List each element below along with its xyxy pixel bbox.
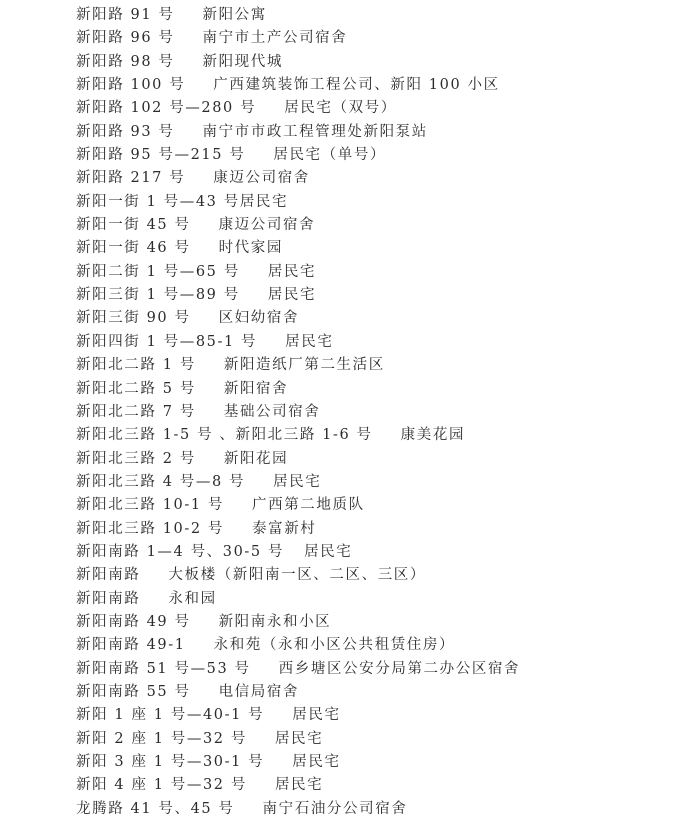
address-entry: 新阳南路 55 号电信局宿舍 (76, 681, 520, 704)
entry-place: 居民宅 (292, 704, 340, 727)
entry-place: 居民宅 (268, 261, 316, 284)
address-entry: 新阳南路大板楼（新阳南一区、二区、三区） (76, 564, 520, 587)
address-entry: 新阳一街 46 号时代家园 (76, 237, 520, 260)
entry-address: 新阳北三路 2 号 (76, 448, 196, 471)
entry-place: 广西建筑装饰工程公司、新阳 100 小区 (213, 74, 499, 97)
entry-place: 居民宅 (240, 191, 288, 214)
entry-place: 基础公司宿舍 (224, 401, 321, 424)
entry-place: 大板楼（新阳南一区、二区、三区） (168, 564, 426, 587)
entry-address: 新阳北二路 1 号 (76, 354, 196, 377)
entry-place: 永和苑（永和小区公共租赁住房） (214, 634, 456, 657)
entry-address: 新阳一街 46 号 (76, 237, 191, 260)
entry-place: 新阳花园 (224, 448, 288, 471)
entry-address: 新阳路 96 号 (76, 27, 174, 50)
entry-place: 区妇幼宿舍 (219, 307, 300, 330)
entry-place: 康迈公司宿舍 (213, 167, 310, 190)
address-entry: 新阳一街 1 号—43 号居民宅 (76, 191, 520, 214)
entry-place: 居民宅 (292, 751, 340, 774)
address-entry: 新阳二街 1 号—65 号居民宅 (76, 261, 520, 284)
entry-place: 泰富新村 (252, 518, 316, 541)
address-entry: 新阳北三路 2 号新阳花园 (76, 448, 520, 471)
address-entry: 新阳三街 90 号区妇幼宿舍 (76, 307, 520, 330)
address-entry: 新阳南路 51 号—53 号西乡塘区公安分局第二办公区宿舍 (76, 658, 520, 681)
entry-address: 新阳路 93 号 (76, 121, 174, 144)
entry-address: 新阳北三路 10-2 号 (76, 518, 224, 541)
address-entry: 新阳南路 1—4 号、30-5 号居民宅 (76, 541, 520, 564)
entry-place: 居民宅 (285, 331, 333, 354)
address-entry: 新阳 1 座 1 号—40-1 号居民宅 (76, 704, 520, 727)
address-entry: 新阳北二路 5 号新阳宿舍 (76, 378, 520, 401)
entry-address: 龙腾路 41 号、45 号 (76, 798, 235, 821)
entry-place: 康美花园 (401, 424, 465, 447)
entry-address: 新阳路 91 号 (76, 4, 174, 27)
entry-address: 新阳三街 90 号 (76, 307, 191, 330)
address-entry: 新阳 2 座 1 号—32 号居民宅 (76, 728, 520, 751)
address-entry: 新阳北三路 4 号—8 号居民宅 (76, 471, 520, 494)
entry-address: 新阳一街 1 号—43 号 (76, 191, 240, 214)
address-entry: 新阳路 93 号南宁市市政工程管理处新阳泵站 (76, 121, 520, 144)
entry-address: 新阳路 217 号 (76, 167, 185, 190)
address-entry: 新阳路 95 号—215 号居民宅（单号） (76, 144, 520, 167)
entry-place: 南宁石油分公司宿舍 (263, 798, 408, 821)
address-entry: 新阳一街 45 号康迈公司宿舍 (76, 214, 520, 237)
entry-address: 新阳路 100 号 (76, 74, 185, 97)
entry-address: 新阳 4 座 1 号—32 号 (76, 774, 247, 797)
entry-address: 新阳南路 49 号 (76, 611, 191, 634)
address-entry: 新阳路 217 号康迈公司宿舍 (76, 167, 520, 190)
entry-place: 居民宅（单号） (273, 144, 386, 167)
entry-place: 南宁市市政工程管理处新阳泵站 (202, 121, 427, 144)
entry-place: 南宁市土产公司宿舍 (202, 27, 347, 50)
entry-place: 时代家园 (219, 237, 283, 260)
entry-address: 新阳 2 座 1 号—32 号 (76, 728, 247, 751)
address-list: 新阳路 91 号新阳公寓 新阳路 96 号南宁市土产公司宿舍 新阳路 98 号新… (76, 4, 520, 821)
entry-address: 新阳北三路 10-1 号 (76, 494, 224, 517)
entry-address: 新阳南路 51 号—53 号 (76, 658, 251, 681)
entry-place: 居民宅 (273, 471, 321, 494)
entry-address: 新阳南路 1—4 号、30-5 号 (76, 541, 284, 564)
entry-address: 新阳四街 1 号—85-1 号 (76, 331, 257, 354)
address-entry: 新阳 4 座 1 号—32 号居民宅 (76, 774, 520, 797)
address-entry: 新阳路 102 号—280 号居民宅（双号） (76, 97, 520, 120)
entry-address: 新阳南路 (76, 564, 140, 587)
entry-place: 新阳公寓 (202, 4, 266, 27)
address-entry: 新阳北三路 10-2 号泰富新村 (76, 518, 520, 541)
address-entry: 新阳路 91 号新阳公寓 (76, 4, 520, 27)
address-entry: 新阳北三路 10-1 号广西第二地质队 (76, 494, 520, 517)
address-entry: 新阳路 100 号广西建筑装饰工程公司、新阳 100 小区 (76, 74, 520, 97)
entry-address: 新阳一街 45 号 (76, 214, 191, 237)
address-entry: 新阳三街 1 号—89 号居民宅 (76, 284, 520, 307)
entry-place: 新阳造纸厂第二生活区 (224, 354, 385, 377)
entry-place: 居民宅 (268, 284, 316, 307)
address-entry: 新阳南路 49 号新阳南永和小区 (76, 611, 520, 634)
address-entry: 新阳路 98 号新阳现代城 (76, 51, 520, 74)
entry-address: 新阳北三路 1-5 号 、新阳北三路 1-6 号 (76, 424, 373, 447)
entry-place: 康迈公司宿舍 (219, 214, 316, 237)
entry-address: 新阳路 102 号—280 号 (76, 97, 256, 120)
address-entry: 龙腾路 41 号、45 号南宁石油分公司宿舍 (76, 798, 520, 821)
document-page: 新阳路 91 号新阳公寓 新阳路 96 号南宁市土产公司宿舍 新阳路 98 号新… (0, 0, 682, 821)
entry-place: 永和园 (168, 588, 216, 611)
entry-place: 居民宅 (275, 728, 323, 751)
address-entry: 新阳路 96 号南宁市土产公司宿舍 (76, 27, 520, 50)
entry-address: 新阳南路 49-1 (76, 634, 186, 657)
entry-place: 居民宅 (275, 774, 323, 797)
entry-address: 新阳北二路 5 号 (76, 378, 196, 401)
entry-address: 新阳北三路 4 号—8 号 (76, 471, 245, 494)
address-entry: 新阳南路永和园 (76, 588, 520, 611)
address-entry: 新阳北二路 1 号新阳造纸厂第二生活区 (76, 354, 520, 377)
entry-address: 新阳路 98 号 (76, 51, 174, 74)
entry-address: 新阳南路 55 号 (76, 681, 191, 704)
entry-address: 新阳北二路 7 号 (76, 401, 196, 424)
address-entry: 新阳北三路 1-5 号 、新阳北三路 1-6 号康美花园 (76, 424, 520, 447)
entry-address: 新阳 1 座 1 号—40-1 号 (76, 704, 264, 727)
entry-place: 西乡塘区公安分局第二办公区宿舍 (279, 658, 521, 681)
entry-address: 新阳二街 1 号—65 号 (76, 261, 240, 284)
entry-place: 广西第二地质队 (252, 494, 365, 517)
entry-address: 新阳 3 座 1 号—30-1 号 (76, 751, 264, 774)
entry-place: 新阳宿舍 (224, 378, 288, 401)
entry-place: 新阳现代城 (202, 51, 283, 74)
entry-place: 居民宅（双号） (284, 97, 397, 120)
entry-address: 新阳三街 1 号—89 号 (76, 284, 240, 307)
address-entry: 新阳南路 49-1永和苑（永和小区公共租赁住房） (76, 634, 520, 657)
address-entry: 新阳 3 座 1 号—30-1 号居民宅 (76, 751, 520, 774)
entry-address: 新阳南路 (76, 588, 140, 611)
address-entry: 新阳四街 1 号—85-1 号居民宅 (76, 331, 520, 354)
entry-place: 居民宅 (304, 541, 352, 564)
entry-address: 新阳路 95 号—215 号 (76, 144, 245, 167)
entry-place: 电信局宿舍 (219, 681, 300, 704)
entry-place: 新阳南永和小区 (219, 611, 332, 634)
address-entry: 新阳北二路 7 号基础公司宿舍 (76, 401, 520, 424)
